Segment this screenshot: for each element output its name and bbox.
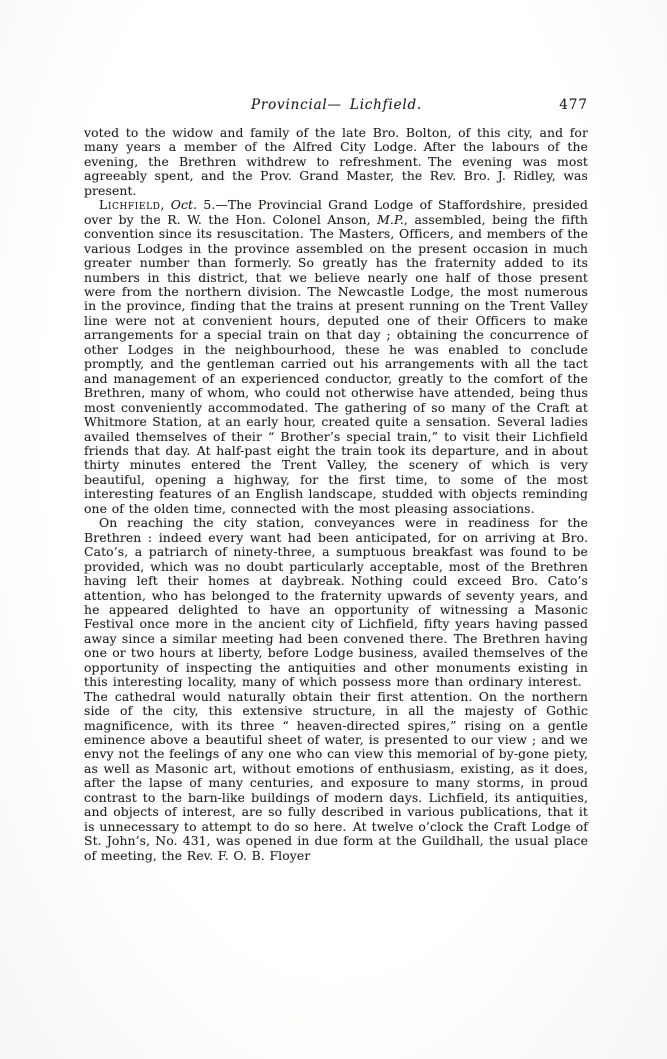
dateline-date: Oct. <box>171 197 197 212</box>
page-number: 477 <box>559 97 588 113</box>
scanned-page: Provincial— Lichfield. 477 voted to the … <box>0 0 667 1059</box>
dateline-place: Lichfield <box>99 197 160 212</box>
paragraph-city-station-text: On reaching the city station, conveyance… <box>84 515 588 862</box>
dateline-separator: , <box>160 197 170 212</box>
paragraph-continuation: voted to the widow and family of the lat… <box>84 126 588 198</box>
running-title: Provincial— Lichfield. <box>251 97 422 113</box>
page-header: Provincial— Lichfield. 477 <box>85 97 588 115</box>
paragraph-lichfield-report: Lichfield, Oct. 5.—The Provincial Grand … <box>84 198 588 516</box>
paragraph-continuation-text: voted to the widow and family of the lat… <box>84 125 588 198</box>
paragraph-lichfield-text-b: , assembled, being the fifth convention … <box>84 212 588 516</box>
text-block: voted to the widow and family of the lat… <box>84 126 588 863</box>
paragraph-city-station: On reaching the city station, conveyance… <box>84 516 588 863</box>
mp-abbreviation: M.P. <box>377 212 404 227</box>
